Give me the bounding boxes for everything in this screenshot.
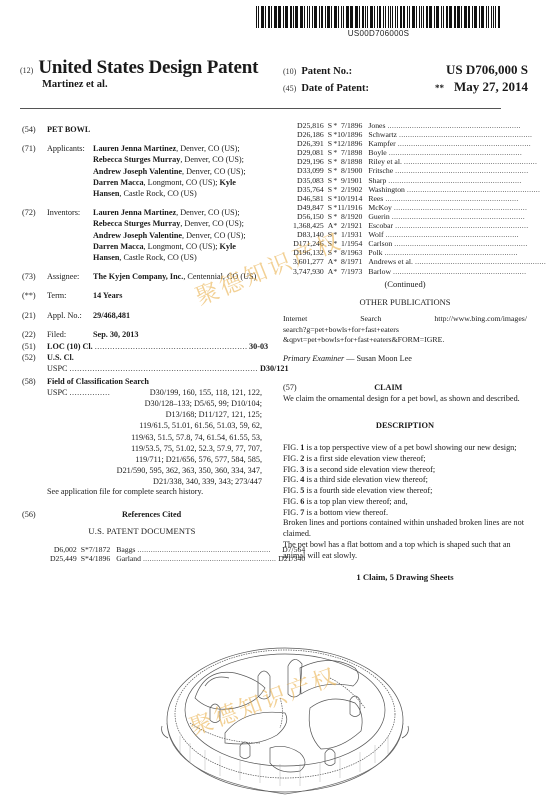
- date-of-patent-row: (45) Date of Patent: **May 27, 2014: [283, 79, 528, 96]
- barcode-bar: [350, 6, 353, 28]
- barcode-number: US00D706000S: [256, 29, 501, 38]
- reference-date: 1/1931: [337, 230, 368, 239]
- cited-by-examiner-star: *: [333, 157, 337, 166]
- barcode-bar: [395, 6, 396, 28]
- title-field: (54) PET BOWL: [22, 124, 262, 135]
- search-class-list: D30/128–133; D5/65, 99; D10/104;D13/168;…: [47, 398, 262, 488]
- person-location: , Denver, CO (US);: [182, 231, 246, 240]
- pub-url-line: &qpvt=pet+bowls+for+fast+eaters&FORM=IGR…: [283, 335, 527, 346]
- assignee-location: , Centennial, CO (US): [183, 272, 256, 281]
- reference-number: D33,099: [293, 166, 328, 175]
- reference-inventor: Sharp: [368, 176, 386, 185]
- person-location: , Denver, CO (US);: [182, 167, 246, 176]
- barcode-bar: [300, 6, 303, 28]
- reference-inventor: Barlow: [368, 267, 391, 276]
- leader-dots: ........................................…: [404, 157, 546, 166]
- description-summary: The pet bowl has a flat bottom and a top…: [283, 540, 527, 562]
- barcode-bar: [346, 6, 349, 28]
- reference-row: D49,847S*11/1916McKoy...................…: [293, 203, 546, 212]
- cited-by-examiner-star: *: [333, 257, 337, 266]
- figure-number: 4: [300, 475, 304, 484]
- barcode-bar: [334, 6, 337, 28]
- leader-dots: ........................................…: [395, 221, 546, 230]
- reference-number: D56,150: [293, 212, 328, 221]
- reference-row: D6,002S*7/1872Baggs.....................…: [50, 545, 305, 554]
- cited-by-examiner-star: *: [333, 221, 337, 230]
- barcode-bar: [307, 6, 308, 28]
- person-location: , Denver, CO (US);: [176, 208, 240, 217]
- barcode-bar: [388, 6, 389, 28]
- reference-date: 10/1914: [337, 194, 368, 203]
- barcode-bar: [293, 6, 294, 28]
- reference-date: 7/1896: [337, 121, 368, 130]
- field-of-search-label: Field of Classification Search: [47, 376, 262, 387]
- reference-inventor: Washington: [368, 185, 405, 194]
- figure-number: 3: [300, 465, 304, 474]
- person-location: , Castle Rock, CO (US): [119, 189, 196, 198]
- barcode-bar: [343, 6, 344, 28]
- barcode-bar: [416, 6, 417, 28]
- figure-description: FIG. 5 is a fourth side elevation view t…: [283, 486, 527, 497]
- reference-date: 10/1896: [337, 130, 368, 139]
- barcode-bar: [436, 6, 439, 28]
- barcode-bar: [295, 6, 298, 28]
- bibliographic-column: (54) PET BOWL (71) Applicants: Lauren Je…: [22, 124, 262, 563]
- leader-dots: ........................................…: [399, 130, 546, 139]
- reference-inventor: Boyle: [368, 148, 386, 157]
- document-title: United States Design Patent: [38, 57, 258, 79]
- reference-inventor: Riley et al.: [368, 157, 402, 166]
- barcode-bar: [319, 6, 320, 28]
- person-name: Rebecca Sturges Murray: [93, 155, 180, 164]
- reference-inventor: Rees: [368, 194, 383, 203]
- description: FIG. 1 is a top perspective view of a pe…: [283, 443, 527, 562]
- term-label: Term:: [47, 290, 93, 301]
- reference-row: D26,186S*10/1896Schwartz................…: [293, 130, 546, 139]
- reference-date: 8/1898: [337, 157, 368, 166]
- barcode-bar: [464, 6, 467, 28]
- person-name: Andrew Joseph Valentine: [93, 167, 182, 176]
- reference-date: 8/1900: [337, 166, 368, 175]
- claim-title: CLAIM: [356, 382, 527, 393]
- reference-date: 8/1920: [337, 212, 368, 221]
- claim-text: We claim the ornamental design for a pet…: [283, 394, 527, 405]
- person-name: Darren Macca: [93, 242, 144, 251]
- barcode-bar: [327, 6, 330, 28]
- reference-inventor: Jones: [368, 121, 385, 130]
- appl-no-value: 29/468,481: [93, 310, 262, 321]
- barcode-bar: [355, 6, 358, 28]
- reference-date: 1/1954: [337, 239, 368, 248]
- reference-inventor: Wolf: [368, 230, 383, 239]
- appl-no-label: Appl. No.:: [47, 310, 93, 321]
- search-class-line: 119/53.5, 75, 51.02, 52.3, 57.9, 77, 707…: [47, 443, 262, 454]
- inid-code: (51): [22, 341, 47, 352]
- barcode-bar: [283, 6, 284, 28]
- date-of-patent-label: Date of Patent:: [301, 83, 414, 94]
- pub-word: Search: [360, 314, 381, 325]
- leader-dots: ........................................…: [387, 121, 546, 130]
- reference-number: D83,140: [293, 230, 328, 239]
- leader-dots: ........................................…: [388, 176, 546, 185]
- barcode-bar: [479, 6, 480, 28]
- barcode-bar: [359, 6, 360, 28]
- reference-number: D25,816: [293, 121, 328, 130]
- reference-date: 9/1901: [337, 176, 368, 185]
- inid-code: (72): [22, 207, 47, 263]
- broken-lines-note: Broken lines and portions contained with…: [283, 518, 527, 540]
- other-publications-title: OTHER PUBLICATIONS: [283, 297, 527, 308]
- figure-number: 5: [300, 486, 304, 495]
- reference-date: 7/1898: [337, 148, 368, 157]
- barcode-bar: [379, 6, 381, 28]
- reference-date: 12/1896: [337, 139, 368, 148]
- reference-number: D26,186: [293, 130, 328, 139]
- barcode-bar: [367, 6, 368, 28]
- loc-class-label: LOC (10) Cl.: [47, 341, 93, 352]
- patent-number: US D706,000 S: [414, 62, 528, 78]
- primary-examiner: Primary Examiner — Susan Moon Lee: [283, 353, 527, 364]
- barcode-bar: [362, 6, 364, 28]
- reference-number: 3,601,277: [293, 257, 328, 266]
- references-claim-column: D25,816S*7/1896Jones....................…: [283, 121, 527, 583]
- barcode-bar: [325, 6, 326, 28]
- reference-row: D25,449S*4/1896Garland..................…: [50, 554, 305, 563]
- invention-title: PET BOWL: [47, 124, 262, 135]
- person-name: Lauren Jenna Martinez: [93, 208, 176, 217]
- leader-dots: ........................................…: [389, 148, 546, 157]
- leader-dots: ........................................…: [386, 230, 546, 239]
- claim-heading: (57) CLAIM: [283, 382, 527, 393]
- reference-date: 4/1896: [89, 554, 116, 563]
- figure-description: FIG. 3 is a second side elevation view t…: [283, 465, 527, 476]
- reference-number: D196,132: [293, 248, 328, 257]
- barcode-bars: [256, 6, 501, 28]
- reference-number: D26,391: [293, 139, 328, 148]
- reference-date: 2/1902: [337, 185, 368, 194]
- reference-inventor: Escobar: [368, 221, 393, 230]
- figure-number: 7: [300, 508, 304, 517]
- reference-row: D33,099S*8/1900Fritsche.................…: [293, 166, 546, 175]
- field-of-search-uspc: USPC................D30/199, 160, 155, 1…: [22, 387, 262, 488]
- reference-number: D171,246: [293, 239, 328, 248]
- claims-count: 1 Claim, 5 Drawing Sheets: [283, 572, 527, 583]
- reference-inventor: Guerin: [368, 212, 389, 221]
- search-class-line: 119/63, 51.5, 57.8, 74, 61.54, 61.55, 53…: [47, 432, 262, 443]
- barcode-bar: [314, 6, 317, 28]
- barcode-bar: [271, 6, 272, 28]
- person-location: , Longmont, CO (US);: [144, 242, 220, 251]
- leader-dots: ........................................…: [398, 139, 546, 148]
- inid-code: (21): [22, 310, 47, 321]
- reference-row: D29,196S*8/1898Riley et al..............…: [293, 157, 546, 166]
- patent-number-row: (10) Patent No.: US D706,000 S: [283, 62, 528, 79]
- term-field: (**) Term: 14 Years: [22, 290, 262, 301]
- cited-by-examiner-star: *: [333, 121, 337, 130]
- barcode-bar: [392, 6, 393, 28]
- figure-description: FIG. 4 is a third side elevation view th…: [283, 475, 527, 486]
- figure-description: FIG. 7 is a bottom view thereof.: [283, 508, 527, 519]
- barcode-bar: [407, 6, 408, 28]
- barcode-bar: [421, 6, 422, 28]
- barcode-bar: [474, 6, 477, 28]
- cited-by-examiner-star: *: [333, 248, 337, 257]
- reference-inventor: Baggs: [116, 545, 135, 554]
- pet-bowl-drawing: [150, 628, 420, 803]
- barcode-bar: [488, 6, 489, 28]
- cited-by-examiner-star: *: [333, 267, 337, 276]
- reference-date: 7/1973: [337, 267, 368, 276]
- barcode-bar: [365, 6, 366, 28]
- references-cited-title: References Cited: [122, 509, 181, 520]
- leader-dots: ........................................…: [143, 554, 276, 563]
- search-class-line: 119/61.5, 51.01, 61.56, 51.03, 59, 62,: [47, 420, 262, 431]
- barcode-bar: [400, 6, 402, 28]
- references-cited-heading: (56) References Cited: [22, 509, 262, 520]
- barcode-bar: [461, 6, 462, 28]
- barcode-bar: [429, 6, 432, 28]
- search-class-line: 119/711; D21/656, 576, 577, 584, 585,: [47, 454, 262, 465]
- reference-inventor: Garland: [116, 554, 141, 563]
- reference-number: D29,081: [293, 148, 328, 157]
- barcode-bar: [370, 6, 373, 28]
- person-location: , Denver, CO (US);: [180, 155, 244, 164]
- reference-inventor: Fritsche: [368, 166, 393, 175]
- reference-row: 3,601,277A*8/1971Andrews et al..........…: [293, 257, 546, 266]
- figure-number: 1: [300, 443, 304, 452]
- leader-dots: ........................................…: [393, 267, 546, 276]
- reference-number: D35,764: [293, 185, 328, 194]
- references-table-left: D6,002S*7/1872Baggs.....................…: [50, 545, 305, 563]
- reference-inventor: Andrews et al.: [368, 257, 413, 266]
- barcode-bar: [454, 6, 456, 28]
- person-location: , Denver, CO (US);: [180, 219, 244, 228]
- applicants-list: Lauren Jenna Martinez, Denver, CO (US); …: [93, 143, 262, 199]
- reference-number: D6,002: [50, 545, 81, 554]
- figure-description: FIG. 1 is a top perspective view of a pe…: [283, 443, 527, 454]
- inventors-field: (72) Inventors: Lauren Jenna Martinez, D…: [22, 207, 262, 263]
- person-name: Rebecca Sturges Murray: [93, 219, 180, 228]
- inid-code: (71): [22, 143, 47, 199]
- description-title: DESCRIPTION: [283, 420, 527, 431]
- inid-code: (57): [283, 382, 356, 393]
- inid-code: (45): [283, 84, 296, 93]
- pub-word: Internet: [283, 314, 307, 325]
- reference-row: D29,081S*7/1898Boyle....................…: [293, 148, 546, 157]
- barcode-bar: [426, 6, 428, 28]
- barcode-bar: [457, 6, 460, 28]
- figure-description: FIG. 2 is a first side elevation view th…: [283, 454, 527, 465]
- cited-by-examiner-star: *: [333, 230, 337, 239]
- us-class-field: (52) U.S. Cl.: [22, 352, 262, 363]
- reference-row: D35,083S*9/1901Sharp....................…: [293, 176, 546, 185]
- reference-row: 1,368,425A*2/1921Escobar................…: [293, 221, 546, 230]
- inid-code: (54): [22, 124, 47, 135]
- loc-class-value: 30-03: [249, 341, 268, 352]
- leader-dots: ........................................…: [395, 166, 546, 175]
- barcode-bar: [383, 6, 384, 28]
- figure-number: 6: [300, 497, 304, 506]
- barcode-bar: [265, 6, 266, 28]
- barcode-bar: [274, 6, 277, 28]
- barcode-bar: [278, 6, 281, 28]
- barcode-bar: [304, 6, 305, 28]
- barcode-bar: [481, 6, 484, 28]
- barcode: US00D706000S: [256, 6, 501, 38]
- leader-dots: ........................................…: [394, 203, 546, 212]
- barcode-bar: [261, 6, 264, 28]
- applicant-short: Martinez et al.: [42, 79, 258, 90]
- references-table-right: D25,816S*7/1896Jones....................…: [293, 121, 546, 276]
- barcode-bar: [419, 6, 420, 28]
- search-class-line: D13/168; D11/127, 121, 125;: [47, 409, 262, 420]
- search-class-line: D30/128–133; D5/65, 99; D10/104;: [47, 398, 262, 409]
- inid-code: (58): [22, 376, 47, 387]
- appl-no-field: (21) Appl. No.: 29/468,481: [22, 310, 262, 321]
- barcode-bar: [403, 6, 405, 28]
- patent-header-left: (12) United States Design Patent Martine…: [20, 57, 258, 90]
- us-patent-documents-caption: U.S. PATENT DOCUMENTS: [22, 526, 262, 537]
- inid-code: (22): [22, 329, 47, 340]
- barcode-bar: [441, 6, 442, 28]
- continued-note: (Continued): [283, 279, 527, 290]
- reference-row: D83,140S*1/1931Wolf.....................…: [293, 230, 546, 239]
- cited-by-examiner-star: *: [333, 166, 337, 175]
- reference-date: 2/1921: [337, 221, 368, 230]
- filed-field: (22) Filed: Sep. 30, 2013: [22, 329, 262, 340]
- examiner-label: Primary Examiner: [283, 354, 344, 363]
- barcode-bar: [331, 6, 332, 28]
- barcode-bar: [312, 6, 313, 28]
- assignee-name: The Kyjen Company, Inc.: [93, 272, 183, 281]
- barcode-bar: [321, 6, 323, 28]
- barcode-bar: [423, 6, 424, 28]
- loc-class-field: (51) LOC (10) Cl........................…: [22, 341, 262, 352]
- leader-dots: ................: [69, 387, 121, 398]
- barcode-bar: [491, 6, 492, 28]
- leader-dots: ........................................…: [385, 194, 546, 203]
- barcode-bar: [493, 6, 494, 28]
- filed-value: Sep. 30, 2013: [93, 329, 262, 340]
- assignee-label: Assignee:: [47, 271, 93, 282]
- barcode-bar: [472, 6, 473, 28]
- leader-dots: ........................................…: [407, 185, 546, 194]
- reference-row: D25,816S*7/1896Jones....................…: [293, 121, 546, 130]
- cited-by-examiner-star: *: [333, 148, 337, 157]
- barcode-bar: [443, 6, 444, 28]
- figure-description: FIG. 6 is a top plan view thereof; and,: [283, 497, 527, 508]
- figure-list: FIG. 1 is a top perspective view of a pe…: [283, 443, 527, 519]
- header-divider: [20, 108, 501, 109]
- person-name: Lauren Jenna Martinez: [93, 144, 176, 153]
- barcode-bar: [486, 6, 487, 28]
- reference-row: D171,246S*1/1954Carlson.................…: [293, 239, 546, 248]
- reference-row: D35,764S*2/1902Washington...............…: [293, 185, 546, 194]
- search-class-line: D30/199, 160, 155, 118, 121, 122,: [123, 387, 262, 398]
- reference-number: 1,368,425: [293, 221, 328, 230]
- us-class-label: U.S. Cl.: [47, 352, 262, 363]
- reference-date: 8/1963: [337, 248, 368, 257]
- cited-by-examiner-star: *: [333, 239, 337, 248]
- term-extension-stars: **: [435, 83, 444, 93]
- barcode-bar: [498, 6, 500, 28]
- reference-row: D56,150S*8/1920Guerin...................…: [293, 212, 546, 221]
- inid-code: (12): [20, 66, 33, 75]
- cited-by-examiner-star: *: [333, 176, 337, 185]
- reference-inventor: Schwartz: [368, 130, 397, 139]
- barcode-bar: [449, 6, 452, 28]
- person-location: , Denver, CO (US);: [176, 144, 240, 153]
- barcode-bar: [258, 6, 259, 28]
- barcode-bar: [385, 6, 386, 28]
- separator: —: [344, 354, 356, 363]
- reference-number: D46,581: [293, 194, 328, 203]
- barcode-bar: [434, 6, 435, 28]
- barcode-bar: [397, 6, 398, 28]
- barcode-bar: [409, 6, 410, 28]
- leader-dots: ........................................…: [392, 212, 546, 221]
- examiner-name: Susan Moon Lee: [356, 354, 412, 363]
- person-location: , Castle Rock, CO (US): [119, 253, 196, 262]
- barcode-bar: [268, 6, 270, 28]
- pub-url: http://www.bing.com/images/: [434, 314, 527, 325]
- figure-number: 2: [300, 454, 304, 463]
- barcode-bar: [256, 6, 257, 28]
- reference-number: 3,747,930: [293, 267, 328, 276]
- reference-inventor: McKoy: [368, 203, 392, 212]
- leader-dots: ........................................…: [384, 248, 546, 257]
- applicants-field: (71) Applicants: Lauren Jenna Martinez, …: [22, 143, 262, 199]
- barcode-bar: [468, 6, 470, 28]
- leader-dots: ........................................…: [394, 239, 546, 248]
- reference-inventor: Kampfer: [368, 139, 395, 148]
- inventors-label: Inventors:: [47, 207, 93, 263]
- applicants-label: Applicants:: [47, 143, 93, 199]
- person-name: Andrew Joseph Valentine: [93, 231, 182, 240]
- barcode-bar: [285, 6, 288, 28]
- reference-number: D35,083: [293, 176, 328, 185]
- reference-row: 3,747,930A*7/1973Barlow.................…: [293, 267, 546, 276]
- reference-number: D25,449: [50, 554, 81, 563]
- reference-number: D29,196: [293, 157, 328, 166]
- person-location: , Longmont, CO (US);: [144, 178, 220, 187]
- person-name: Darren Macca: [93, 178, 144, 187]
- barcode-bar: [495, 6, 496, 28]
- uspc-label: USPC: [47, 363, 67, 374]
- barcode-bar: [290, 6, 292, 28]
- reference-inventor: Polk: [368, 248, 382, 257]
- barcode-bar: [377, 6, 378, 28]
- pub-url-line: search?g=pet+bowls+for+fast+eaters: [283, 325, 527, 336]
- inid-code: (73): [22, 271, 47, 282]
- inid-code: (**): [22, 290, 47, 301]
- uspc-label: USPC: [47, 387, 67, 398]
- inid-code: (56): [22, 509, 122, 520]
- barcode-bar: [338, 6, 339, 28]
- leader-dots: ........................................…: [415, 257, 546, 266]
- barcode-bar: [412, 6, 415, 28]
- leader-dots: ........................................…: [137, 545, 276, 554]
- filed-label: Filed:: [47, 329, 93, 340]
- reference-row: D196,132S*8/1963Polk....................…: [293, 248, 546, 257]
- barcode-bar: [374, 6, 375, 28]
- uspc-field: USPC....................................…: [22, 363, 262, 374]
- cited-by-examiner-star: *: [333, 212, 337, 221]
- barcode-bar: [341, 6, 342, 28]
- search-class-line: D21/590, 595, 362, 363, 350, 360, 334, 3…: [47, 465, 262, 476]
- reference-row: D46,581S*10/1914Rees....................…: [293, 194, 546, 203]
- reference-row: D26,391S*12/1896Kampfer.................…: [293, 139, 546, 148]
